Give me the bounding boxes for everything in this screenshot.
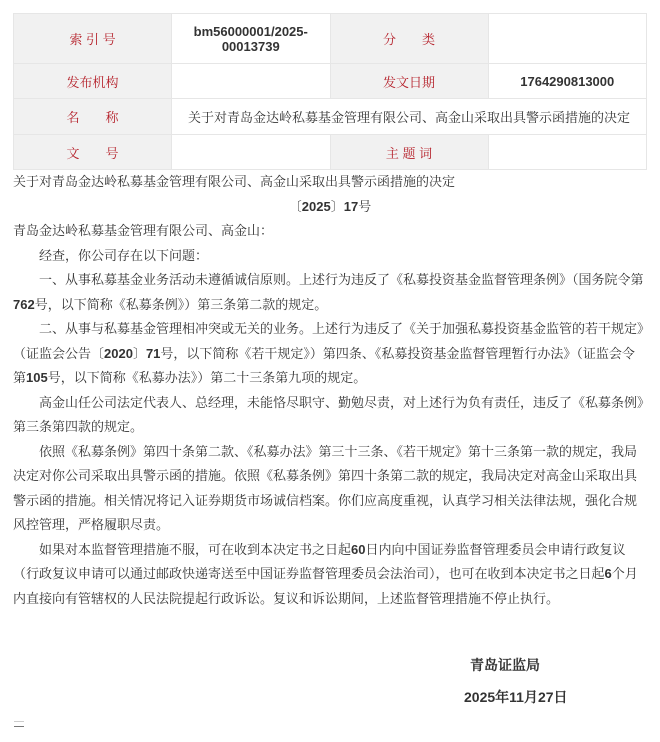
value-keywords [488, 135, 647, 170]
signature-date: 2025年11月27日 [464, 687, 568, 707]
value-publisher [172, 64, 331, 99]
label-category: 分 类 [330, 14, 488, 64]
doc-number-year: 2025 [302, 199, 331, 214]
document-title: 关于对青岛金达岭私募基金管理有限公司、高金山采取出具警示函措施的决定 [13, 170, 647, 195]
text-bold: 105 [26, 370, 48, 385]
paragraph-responsibility: 高金山任公司法定代表人、总经理，未能恪尽职守、勤勉尽责，对上述行为负有责任，违反… [13, 391, 647, 440]
label-doc-number: 文 号 [14, 135, 172, 170]
meta-row-publisher: 发布机构 发文日期 1764290813000 [14, 64, 647, 99]
doc-number-bracket-open: 〔 [289, 199, 302, 214]
value-issue-date: 1764290813000 [488, 64, 647, 99]
meta-row-name: 名 称 关于对青岛金达岭私募基金管理有限公司、高金山采取出具警示函措施的决定 [14, 99, 647, 135]
value-index-number: bm56000001/2025-00013739 [172, 14, 331, 64]
label-index-number: 索 引 号 [14, 14, 172, 64]
label-issue-date: 发文日期 [330, 64, 488, 99]
meta-row-doc-number: 文 号 主 题 词 [14, 135, 647, 170]
label-keywords: 主 题 词 [330, 135, 488, 170]
text-bold: 71 [146, 346, 160, 361]
text: 号，以下简称《私募条例》）第三条第二款的规定。 [35, 297, 328, 312]
text: 如果对本监督管理措施不服，可在收到本决定书之日起 [39, 542, 351, 557]
meta-row-index: 索 引 号 bm56000001/2025-00013739 分 类 [14, 14, 647, 64]
paragraph-intro: 经查，你公司存在以下问题： [13, 244, 647, 269]
addressee: 青岛金达岭私募基金管理有限公司、高金山： [13, 219, 647, 244]
paragraph-appeal: 如果对本监督管理措施不服，可在收到本决定书之日起60日内向中国证券监督管理委员会… [13, 538, 647, 612]
small-mark-icon [14, 721, 24, 727]
value-category [488, 14, 647, 64]
signature-org: 青岛证监局 [470, 655, 540, 675]
doc-number-suffix: 号 [358, 199, 371, 214]
doc-number-bracket-close: 〕 [331, 199, 344, 214]
text: 号，以下简称《私募办法》）第二十三条第九项的规定。 [48, 370, 367, 385]
text-bold: 762 [13, 297, 35, 312]
label-name: 名 称 [14, 99, 172, 135]
label-publisher: 发布机构 [14, 64, 172, 99]
value-name: 关于对青岛金达岭私募基金管理有限公司、高金山采取出具警示函措施的决定 [172, 99, 647, 135]
text-bold: 6 [605, 566, 612, 581]
text-bold: 2020 [104, 346, 133, 361]
text: 一、从事私募基金业务活动未遵循诚信原则。上述行为违反了《私募投资基金监督管理条例… [39, 272, 644, 287]
doc-number-num: 17 [344, 199, 358, 214]
text: 〕 [133, 346, 146, 361]
document-number: 〔2025〕17号 [13, 195, 647, 220]
paragraph-issue-2: 二、从事与私募基金管理相冲突或无关的业务。上述行为违反了《关于加强私募投资基金监… [13, 317, 647, 391]
document-metadata-table: 索 引 号 bm56000001/2025-00013739 分 类 发布机构 … [13, 13, 647, 170]
value-doc-number [172, 135, 331, 170]
document-body: 关于对青岛金达岭私募基金管理有限公司、高金山采取出具警示函措施的决定 〔2025… [13, 170, 647, 611]
paragraph-issue-1: 一、从事私募基金业务活动未遵循诚信原则。上述行为违反了《私募投资基金监督管理条例… [13, 268, 647, 317]
text-bold: 60 [351, 542, 365, 557]
paragraph-decision: 依照《私募条例》第四十条第二款、《私募办法》第三十三条、《若干规定》第十三条第一… [13, 440, 647, 538]
